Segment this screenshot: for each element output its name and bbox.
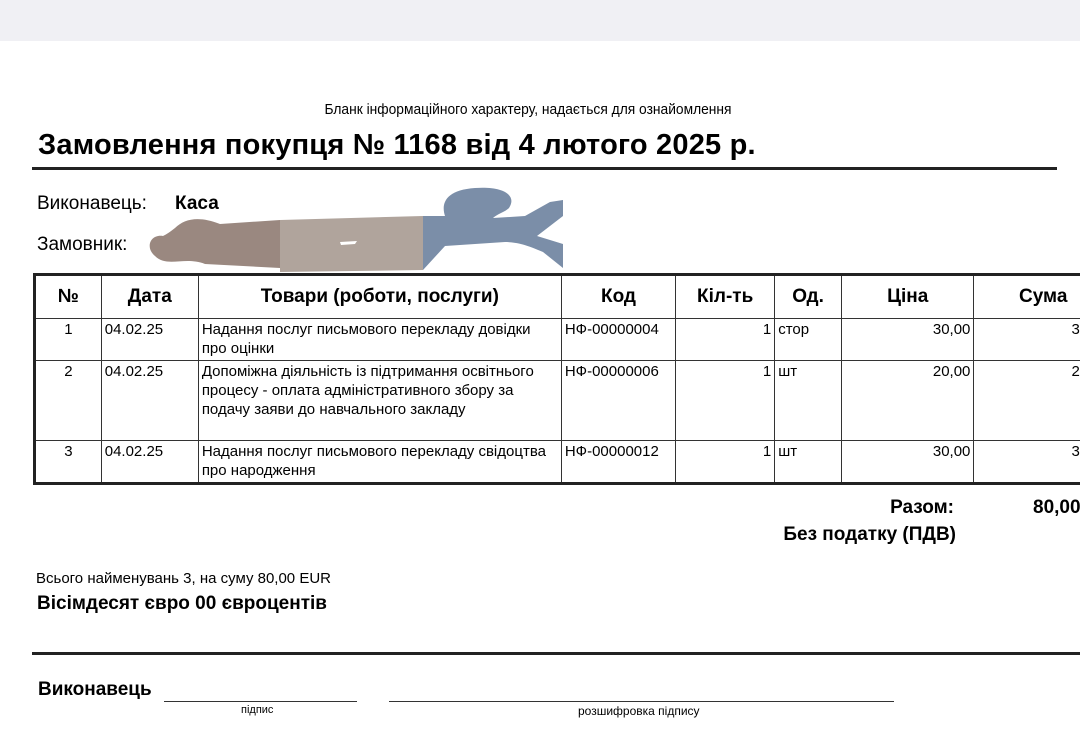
total-value: 80,00 [1033,497,1080,519]
amount-in-words: Вісімдесят євро 00 євроцентів [37,593,327,615]
signature-label: Виконавець [38,679,152,701]
vat-label: Без податку (ПДВ) [783,524,956,546]
items-table: № Дата Товари (роботи, послуги) Код Кіл-… [33,273,1080,485]
cell-date: 04.02.25 [101,441,198,484]
cell-goods: Надання послуг письмового перекладу дові… [198,319,561,361]
cell-quantity: 1 [676,441,775,484]
cell-price: 30,00 [841,441,973,484]
table-header-row: № Дата Товари (роботи, послуги) Код Кіл-… [35,275,1080,319]
title-divider [32,167,1057,170]
customer-redaction-blob [145,186,565,276]
cell-date: 04.02.25 [101,361,198,441]
items-summary: Всього найменувань 3, на суму 80,00 EUR [36,570,331,587]
cell-code: НФ-00000012 [561,441,675,484]
table-row: 1 04.02.25 Надання послуг письмового пер… [35,319,1080,361]
performer-label: Виконавець: [37,193,147,215]
cell-price: 20,00 [841,361,973,441]
header-quantity: Кіл-ть [676,275,775,319]
table-row: 2 04.02.25 Допоміжна діяльність із підтр… [35,361,1080,441]
notice-text: Бланк інформаційного характеру, надаєтьс… [42,101,1014,118]
signature-decoding-line [389,701,894,702]
cell-date: 04.02.25 [101,319,198,361]
cell-no: 2 [35,361,102,441]
total-label: Разом: [890,497,954,519]
header-sum: Сума [974,275,1080,319]
cell-unit: шт [775,361,842,441]
bottom-divider [32,652,1080,655]
cell-quantity: 1 [676,361,775,441]
header-code: Код [561,275,675,319]
cell-code: НФ-00000004 [561,319,675,361]
cell-goods: Допоміжна діяльність із підтримання осві… [198,361,561,441]
cell-goods: Надання послуг письмового перекладу свід… [198,441,561,484]
cell-quantity: 1 [676,319,775,361]
customer-label: Замовник: [37,234,127,256]
header-unit: Од. [775,275,842,319]
header-price: Ціна [841,275,973,319]
document-title: Замовлення покупця № 1168 від 4 лютого 2… [38,129,756,162]
cell-unit: стор [775,319,842,361]
signature-caption: підпис [241,704,273,716]
cell-unit: шт [775,441,842,484]
cell-sum: 30,00 [974,441,1080,484]
header-date: Дата [101,275,198,319]
signature-line [164,701,357,702]
cell-price: 30,00 [841,319,973,361]
signature-decoding-caption: розшифровка підпису [578,704,700,718]
cell-no: 1 [35,319,102,361]
viewer-top-bar [0,0,1080,41]
table-row: 3 04.02.25 Надання послуг письмового пер… [35,441,1080,484]
header-goods: Товари (роботи, послуги) [198,275,561,319]
cell-code: НФ-00000006 [561,361,675,441]
cell-sum: 30,00 [974,319,1080,361]
header-no: № [35,275,102,319]
cell-no: 3 [35,441,102,484]
cell-sum: 20,00 [974,361,1080,441]
